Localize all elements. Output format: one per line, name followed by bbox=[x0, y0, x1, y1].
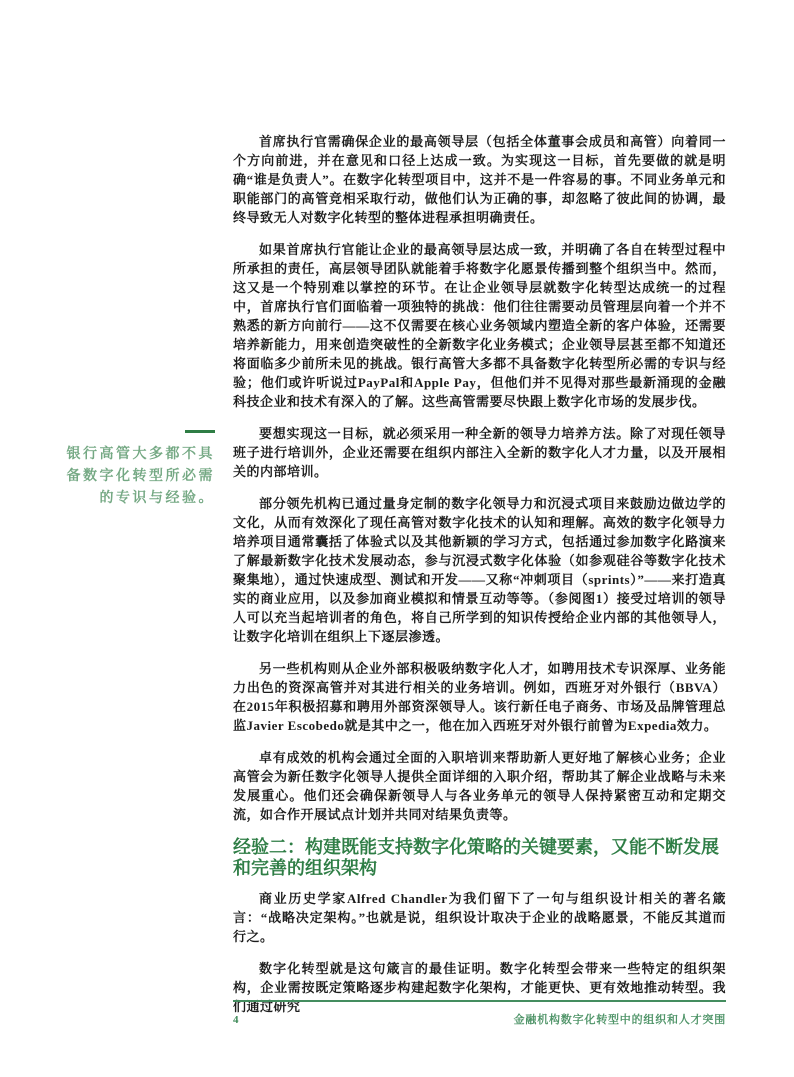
body-paragraph: 如果首席执行官能让企业的最高领导层达成一致，并明确了各自在转型过程中所承担的责任… bbox=[233, 240, 726, 411]
footer-document-title: 金融机构数字化转型中的组织和人才突围 bbox=[514, 1011, 726, 1027]
page-number: 4 bbox=[233, 1014, 239, 1026]
pull-quote: 银行高管大多都不具备数字化转型所必需的专识与经验。 bbox=[57, 426, 215, 510]
section-heading: 经验二：构建既能支持数字化策略的关键要素，又能不断发展和完善的组织架构 bbox=[233, 837, 726, 879]
document-page: 银行高管大多都不具备数字化转型所必需的专识与经验。 首席执行官需确保企业的最高领… bbox=[0, 0, 794, 1077]
body-paragraph: 首席执行官需确保企业的最高领导层（包括全体董事会成员和高管）向着同一个方向前进，… bbox=[233, 132, 726, 227]
page-footer: 4 金融机构数字化转型中的组织和人才突围 bbox=[233, 1000, 726, 1027]
pull-quote-text: 银行高管大多都不具备数字化转型所必需的专识与经验。 bbox=[57, 444, 215, 510]
body-paragraph: 部分领先机构已通过量身定制的数字化领导力和沉浸式项目来鼓励边做边学的文化，从而有… bbox=[233, 494, 726, 646]
body-paragraph: 商业历史学家Alfred Chandler为我们留下了一句与组织设计相关的著名箴… bbox=[233, 889, 726, 946]
body-paragraph: 另一些机构则从企业外部积极吸纳数字化人才，如聘用技术专识深厚、业务能力出色的资深… bbox=[233, 659, 726, 735]
main-text-column: 首席执行官需确保企业的最高领导层（包括全体董事会成员和高管）向着同一个方向前进，… bbox=[233, 132, 726, 1029]
body-paragraph: 卓有成效的机构会通过全面的入职培训来帮助新人更好地了解核心业务；企业高管会为新任… bbox=[233, 748, 726, 824]
pull-quote-accent-bar bbox=[185, 430, 215, 433]
body-paragraph: 要想实现这一目标，就必须采用一种全新的领导力培养方法。除了对现任领导班子进行培训… bbox=[233, 424, 726, 481]
